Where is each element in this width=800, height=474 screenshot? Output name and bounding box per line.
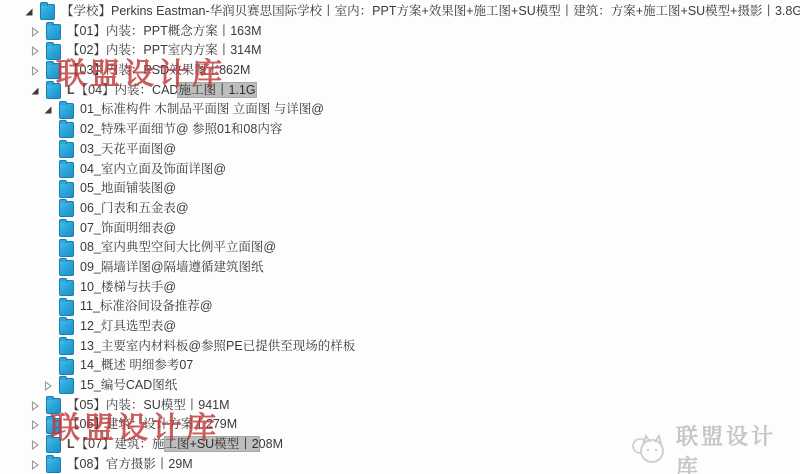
collapse-toggle-icon[interactable] [24, 7, 36, 17]
tree-row[interactable]: 03_天花平面图@ [0, 140, 800, 160]
tree-row-label: 14_概述 明细参考07 [80, 356, 193, 376]
tree-row[interactable]: 04_室内立面及饰面详图@ [0, 160, 800, 180]
folder-icon [59, 319, 74, 335]
tree-row-label: 【02】内装：PPT室内方案丨314M [67, 41, 261, 61]
folder-icon [59, 182, 74, 198]
expand-toggle-icon[interactable] [30, 66, 42, 76]
folder-icon [46, 418, 61, 434]
folder-icon [59, 122, 74, 138]
label-text-segment: 【05】内装：SU模型丨941M [67, 398, 230, 412]
tree-row[interactable]: 【学校】Perkins Eastman-华润贝赛思国际学校丨室内：PPT方案+效… [0, 2, 800, 22]
twisty-spacer [43, 263, 55, 273]
tree-row[interactable]: 【02】内装：PPT室内方案丨314M [0, 41, 800, 61]
tree-row[interactable]: 05_地面铺装图@ [0, 179, 800, 199]
tree-row[interactable]: 15_编号CAD图纸 [0, 376, 800, 396]
tree-row[interactable]: 13_主要室内材料板@参照PE已提供至现场的样板 [0, 337, 800, 357]
tree-row-label: 04_室内立面及饰面详图@ [80, 160, 226, 180]
folder-icon [59, 103, 74, 119]
tree-row[interactable]: 【05】内装：SU模型丨941M [0, 396, 800, 416]
tree-row-label: 10_楼梯与扶手@ [80, 278, 176, 298]
label-text-segment: 07_饰面明细表@ [80, 221, 176, 235]
label-text-segment: 02_特殊平面细节@ 参照01和08内容 [80, 122, 282, 136]
twisty-spacer [43, 204, 55, 214]
label-text-segment: 【学校】Perkins Eastman-华润贝赛思国际学校丨室内：PPT方案+效… [61, 4, 800, 18]
label-text-segment: 10_楼梯与扶手@ [80, 280, 176, 294]
tree-row[interactable]: 12_灯具选型表@ [0, 317, 800, 337]
label-text-segment: 12_灯具选型表@ [80, 319, 176, 333]
tree-row[interactable]: 11_标准浴间设备推荐@ [0, 297, 800, 317]
label-text-segment: 06_门表和五金表@ [80, 201, 189, 215]
folder-icon [46, 63, 61, 79]
label-text-segment: 【08】官方摄影丨29M [67, 457, 193, 471]
tree-row[interactable]: 01_标准构件 木制品平面图 立面图 与详图@ [0, 100, 800, 120]
label-text-segment: 【07】建筑：施 [76, 437, 165, 451]
expand-toggle-icon[interactable] [30, 46, 42, 56]
folder-icon [59, 221, 74, 237]
expand-toggle-icon[interactable] [43, 381, 55, 391]
tree-row-label: 09_隔墙详图@隔墙遵循建筑图纸 [80, 258, 264, 278]
expand-toggle-icon[interactable] [30, 460, 42, 470]
label-text-segment: 04_室内立面及饰面详图@ [80, 162, 226, 176]
tree-row[interactable]: 08_室内典型空间大比例平立面图@ [0, 238, 800, 258]
tree-row-label: 02_特殊平面细节@ 参照01和08内容 [80, 120, 282, 140]
label-text-segment: 08_室内典型空间大比例平立面图@ [80, 240, 276, 254]
tree-row[interactable]: 【01】内装：PPT概念方案丨163M [0, 22, 800, 42]
expand-toggle-icon[interactable] [30, 440, 42, 450]
expand-toggle-icon[interactable] [30, 401, 42, 411]
tree-row-label: 【05】内装：SU模型丨941M [67, 396, 230, 416]
label-text-segment: 08M [259, 437, 283, 451]
twisty-spacer [43, 125, 55, 135]
folder-icon [59, 300, 74, 316]
tree-row-label: 08_室内典型空间大比例平立面图@ [80, 238, 276, 258]
folder-icon [59, 162, 74, 178]
tree-row[interactable]: 02_特殊平面细节@ 参照01和08内容 [0, 120, 800, 140]
expand-toggle-icon[interactable] [30, 27, 42, 37]
tree-row-label: 01_标准构件 木制品平面图 立面图 与详图@ [80, 100, 324, 120]
tree-row-label: 05_地面铺装图@ [80, 179, 176, 199]
watermark-highlight-segment: 工图+SU模型丨2 [165, 437, 259, 451]
folder-icon [46, 83, 61, 99]
folder-icon [46, 24, 61, 40]
folder-icon [59, 241, 74, 257]
label-text-segment: 14_概述 明细参考07 [80, 358, 193, 372]
folder-icon [59, 142, 74, 158]
tree-row[interactable]: 14_概述 明细参考07 [0, 356, 800, 376]
folder-icon [59, 378, 74, 394]
twisty-spacer [43, 164, 55, 174]
tree-row[interactable]: 【03】内装：PSD效果图丨862M [0, 61, 800, 81]
twisty-spacer [43, 223, 55, 233]
twisty-spacer [43, 145, 55, 155]
collapse-toggle-icon[interactable] [43, 105, 55, 115]
twisty-spacer [43, 342, 55, 352]
tree-row-label: L【04】内装：CAD施工图丨1.1G [67, 81, 256, 101]
label-text-segment: 【06】建筑：设计方案丨279M [67, 417, 237, 431]
twisty-spacer [43, 361, 55, 371]
twisty-spacer [43, 243, 55, 253]
tree-row[interactable]: L【04】内装：CAD施工图丨1.1G [0, 81, 800, 101]
label-text-segment: 【04】内装：CAD [76, 83, 179, 97]
tree-row-label: 11_标准浴间设备推荐@ [80, 297, 213, 317]
tree-row-label: 03_天花平面图@ [80, 140, 176, 160]
folder-icon [46, 44, 61, 60]
folder-icon [59, 201, 74, 217]
tree-row[interactable]: 【08】官方摄影丨29M [0, 455, 800, 474]
tree-row[interactable]: L【07】建筑：施工图+SU模型丨208M [0, 435, 800, 455]
tree-row-label: 【01】内装：PPT概念方案丨163M [67, 22, 261, 42]
tree-row[interactable]: 【06】建筑：设计方案丨279M [0, 415, 800, 435]
tree-row-label: 【03】内装：PSD效果图丨862M [67, 61, 250, 81]
label-text-segment: 13_主要室内材料板@参照PE已提供至现场的样板 [80, 339, 355, 353]
tree-row-label: L【07】建筑：施工图+SU模型丨208M [67, 435, 283, 455]
collapse-toggle-icon[interactable] [30, 86, 42, 96]
folder-icon [40, 4, 55, 20]
tree-row[interactable]: 06_门表和五金表@ [0, 199, 800, 219]
watermark-highlight-segment: 施工图丨1.1G [178, 83, 255, 97]
tree-row[interactable]: 10_楼梯与扶手@ [0, 278, 800, 298]
folder-icon [46, 437, 61, 453]
label-text-segment: 05_地面铺装图@ [80, 181, 176, 195]
tree-row-label: 【06】建筑：设计方案丨279M [67, 415, 237, 435]
tree-row-label: 15_编号CAD图纸 [80, 376, 177, 396]
tree-row-label: 【学校】Perkins Eastman-华润贝赛思国际学校丨室内：PPT方案+效… [61, 2, 800, 22]
folder-icon [46, 457, 61, 473]
label-text-segment: 09_隔墙详图@隔墙遵循建筑图纸 [80, 260, 264, 274]
label-text-segment: 15_编号CAD图纸 [80, 378, 177, 392]
expand-toggle-icon[interactable] [30, 420, 42, 430]
tree-row-label: 【08】官方摄影丨29M [67, 455, 193, 474]
tree-row-label: 07_饰面明细表@ [80, 219, 176, 239]
folder-icon [59, 339, 74, 355]
label-text-segment: 【02】内装：PPT室内方案丨314M [67, 43, 261, 57]
tree-row[interactable]: 09_隔墙详图@隔墙遵循建筑图纸 [0, 258, 800, 278]
file-tree: 【学校】Perkins Eastman-华润贝赛思国际学校丨室内：PPT方案+效… [0, 2, 800, 474]
folder-icon [59, 260, 74, 276]
label-text-segment: 03_天花平面图@ [80, 142, 176, 156]
label-text-segment: 【01】内装：PPT概念方案丨163M [67, 24, 261, 38]
selection-artifact-mark: L [67, 83, 75, 97]
tree-row-label: 06_门表和五金表@ [80, 199, 189, 219]
twisty-spacer [43, 184, 55, 194]
folder-icon [59, 280, 74, 296]
label-text-segment: 01_标准构件 木制品平面图 立面图 与详图@ [80, 102, 324, 116]
label-text-segment: 11_标准浴间设备推荐@ [80, 299, 213, 313]
twisty-spacer [43, 322, 55, 332]
selection-artifact-mark: L [67, 437, 75, 451]
tree-row-label: 12_灯具选型表@ [80, 317, 176, 337]
tree-row-label: 13_主要室内材料板@参照PE已提供至现场的样板 [80, 337, 355, 357]
tree-row[interactable]: 07_饰面明细表@ [0, 219, 800, 239]
twisty-spacer [43, 282, 55, 292]
folder-icon [59, 359, 74, 375]
label-text-segment: 【03】内装：PSD效果图丨862M [67, 63, 250, 77]
folder-icon [46, 398, 61, 414]
twisty-spacer [43, 302, 55, 312]
